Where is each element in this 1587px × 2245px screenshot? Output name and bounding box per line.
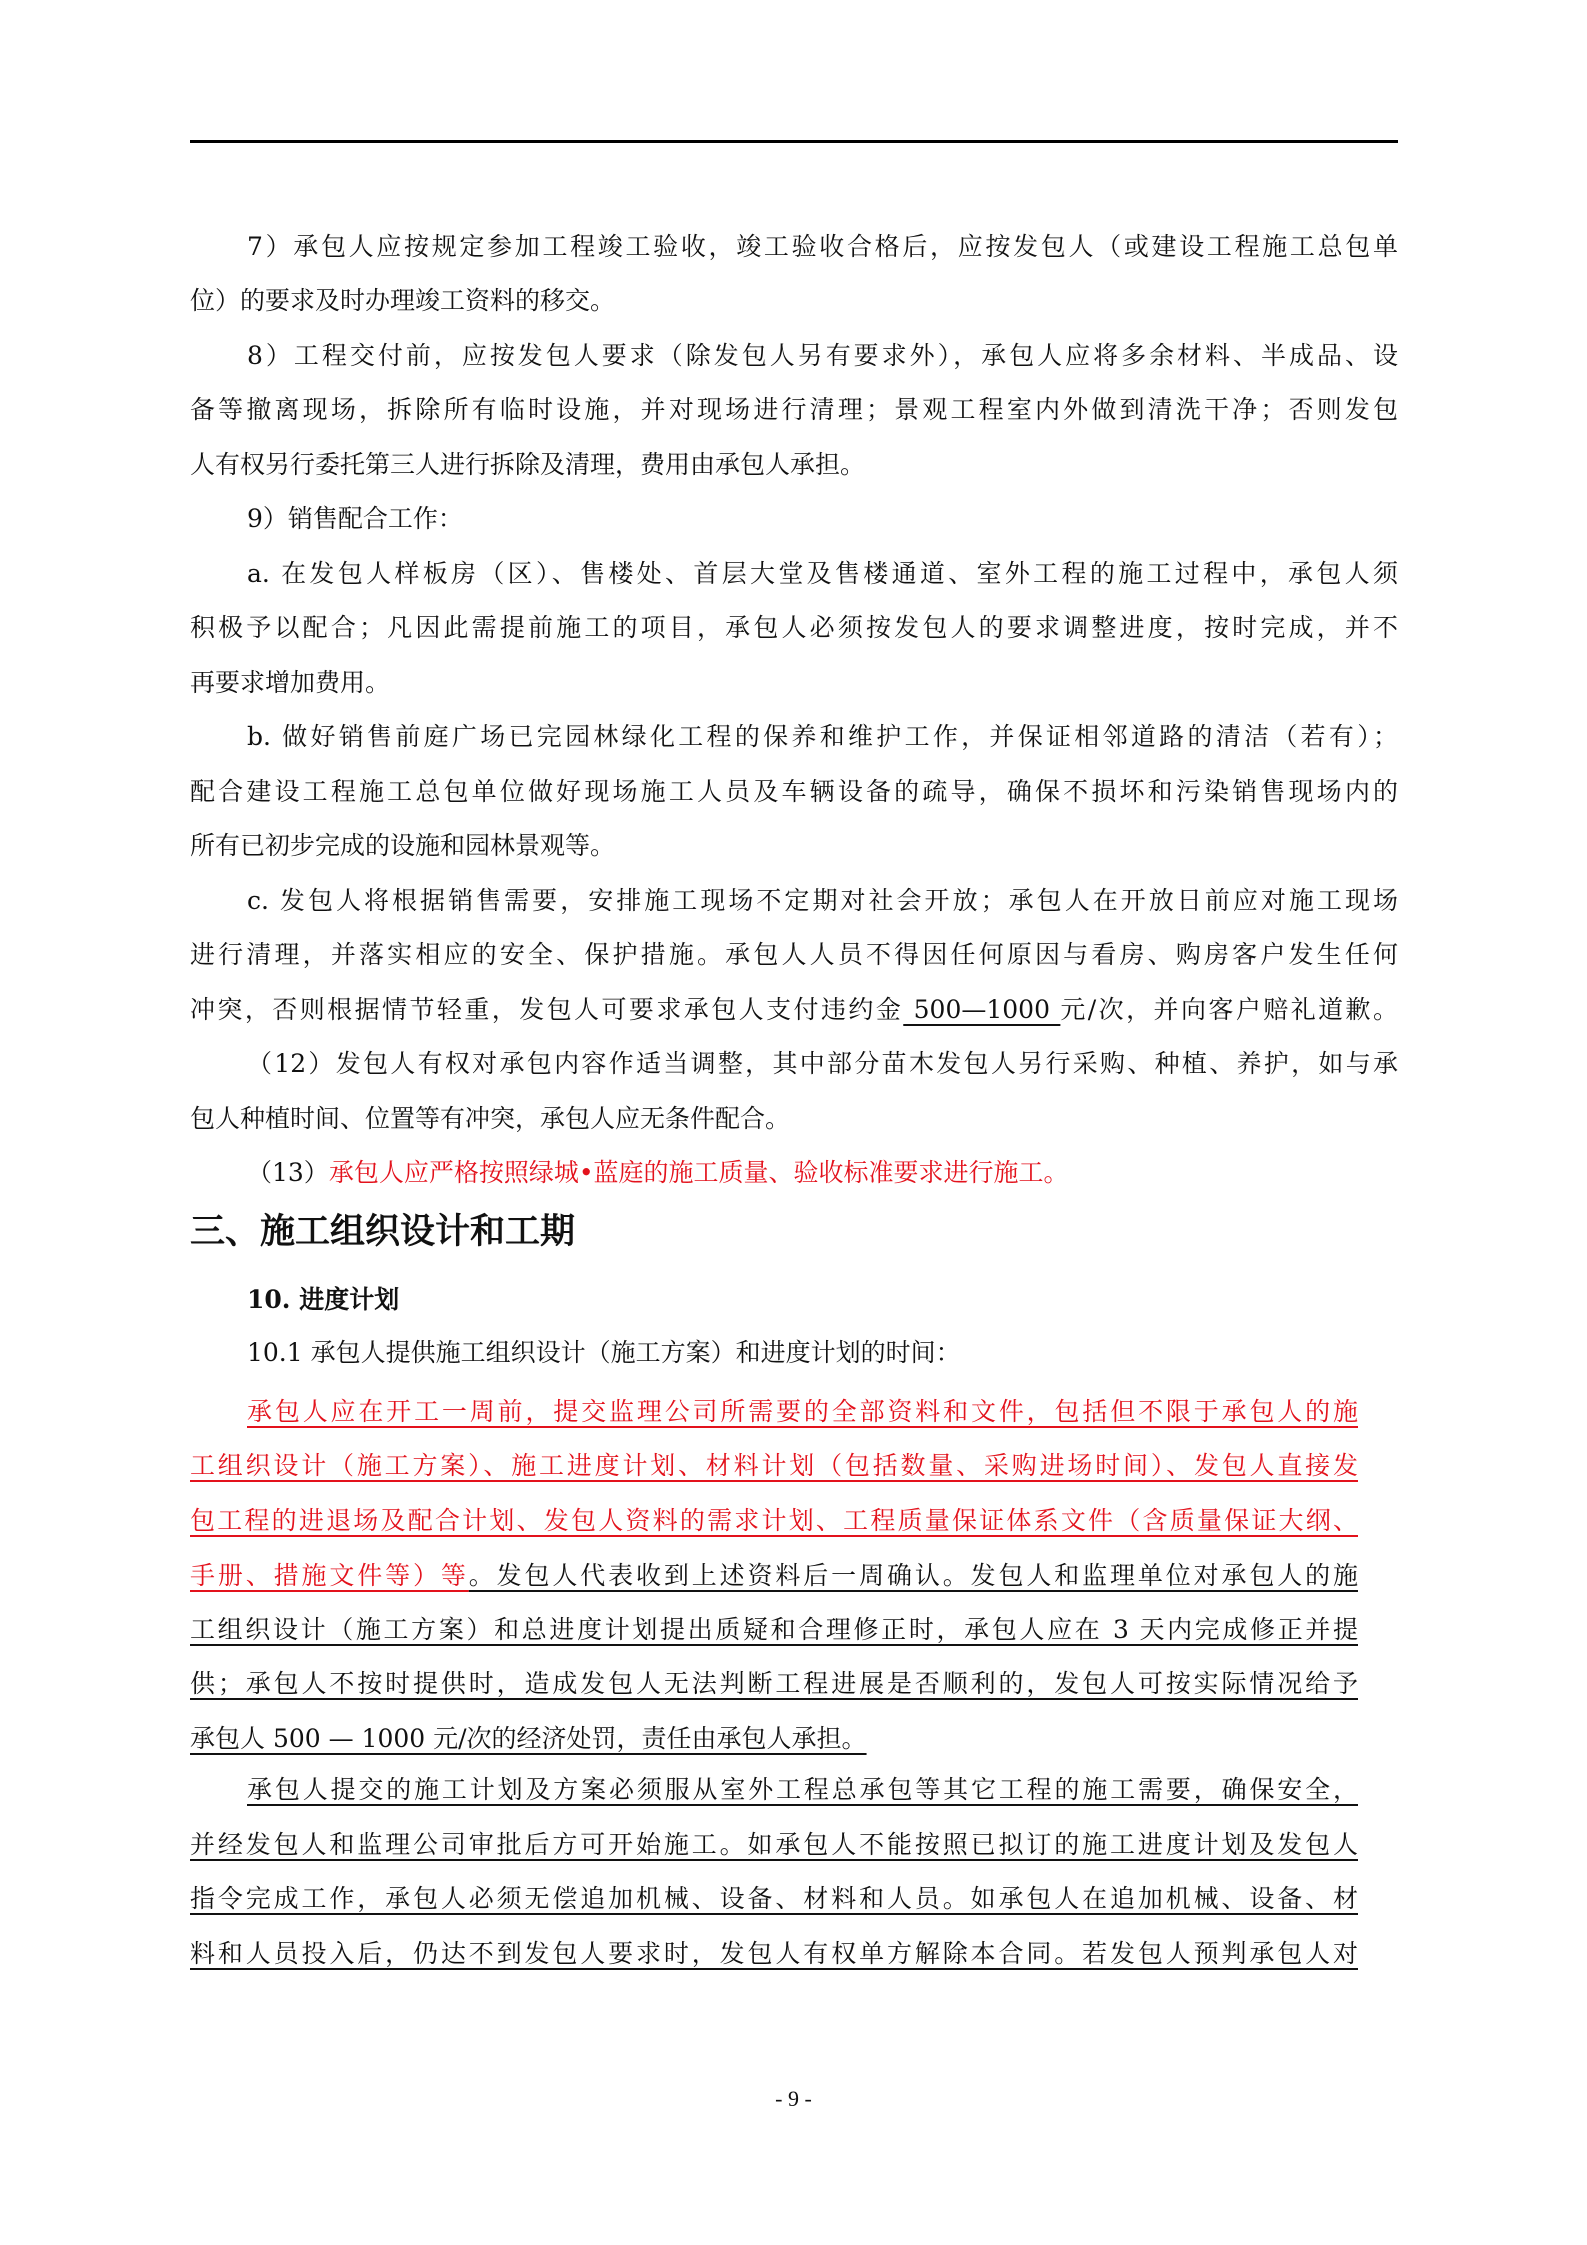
underlined-line: 承包人应在开工一周前，提交监理公司所需要的全部资料和文件，包括但不限于承包人的施 bbox=[190, 1392, 1358, 1432]
paragraph-line: c. 发包人将根据销售需要，安排施工现场不定期对社会开放；承包人在开放日前应对施… bbox=[190, 881, 1398, 921]
paragraph-line: 8）工程交付前，应按发包人要求（除发包人另有要求外），承包人应将多余材料、半成品… bbox=[190, 336, 1398, 376]
paragraph-line: 7）承包人应按规定参加工程竣工验收，竣工验收合格后，应按发包人（或建设工程施工总… bbox=[190, 227, 1398, 267]
item-number: （13） bbox=[247, 1158, 329, 1187]
paragraph-line: a. 在发包人样板房（区）、售楼处、首层大堂及售楼通道、室外工程的施工过程中，承… bbox=[190, 554, 1398, 594]
clause-title: 10.1 承包人提供施工组织设计（施工方案）和进度计划的时间： bbox=[190, 1333, 961, 1373]
underlined-text: 承包人提交的施工计划及方案必须服从室外工程总承包等其它工程的施工需要，确保安全， bbox=[247, 1775, 1358, 1804]
underlined-line: 手册、措施文件等）等。发包人代表收到上述资料后一周确认。发包人和监理单位对承包人… bbox=[190, 1556, 1358, 1596]
paragraph-line: b. 做好销售前庭广场已完园林绿化工程的保养和维护工作，并保证相邻道路的清洁（若… bbox=[190, 717, 1398, 757]
paragraph-line: 包人种植时间、位置等有冲突，承包人应无条件配合。 bbox=[190, 1099, 790, 1139]
red-underlined-text: 包工程的进退场及配合计划、发包人资料的需求计划、工程质量保证体系文件（含质量保证… bbox=[190, 1506, 1358, 1535]
section-title: 三、施工组织设计和工期 bbox=[190, 1208, 575, 1256]
underlined-line: 供；承包人不按时提供时，造成发包人无法判断工程进展是否顺利的，发包人可按实际情况… bbox=[190, 1664, 1358, 1704]
penalty-amount: 500—1000 bbox=[903, 995, 1060, 1024]
underlined-line: 承包人提交的施工计划及方案必须服从室外工程总承包等其它工程的施工需要，确保安全， bbox=[190, 1770, 1358, 1810]
penalty-text-post: 元/次，并向客户赔礼道歉。 bbox=[1060, 995, 1398, 1024]
red-underlined-text: 工组织设计（施工方案）、施工进度计划、材料计划（包括数量、采购进场时间）、发包人… bbox=[190, 1451, 1358, 1480]
paragraph-line: 积极予以配合；凡因此需提前施工的项目，承包人必须按发包人的要求调整进度，按时完成… bbox=[190, 608, 1398, 648]
paragraph-line: 9）销售配合工作： bbox=[190, 499, 463, 539]
paragraph-line: 所有已初步完成的设施和园林景观等。 bbox=[190, 826, 615, 866]
underlined-text: 。发包人代表收到上述资料后一周确认。发包人和监理单位对承包人的施 bbox=[469, 1561, 1358, 1590]
paragraph-line: 配合建设工程施工总包单位做好现场施工人员及车辆设备的疏导，确保不损坏和污染销售现… bbox=[190, 772, 1398, 812]
page-number: - 9 - bbox=[0, 2086, 1587, 2112]
underlined-line: 包工程的进退场及配合计划、发包人资料的需求计划、工程质量保证体系文件（含质量保证… bbox=[190, 1501, 1358, 1541]
red-underlined-text: 承包人应在开工一周前，提交监理公司所需要的全部资料和文件，包括但不限于承包人的施 bbox=[247, 1397, 1358, 1426]
subheading: 10. 进度计划 bbox=[190, 1280, 399, 1320]
header-rule bbox=[190, 140, 1398, 143]
red-emphasis-text: 承包人应严格按照绿城•蓝庭的施工质量、验收标准要求进行施工。 bbox=[329, 1158, 1069, 1187]
paragraph-line: 再要求增加费用。 bbox=[190, 663, 390, 703]
underlined-line: 工组织设计（施工方案）和总进度计划提出质疑和合理修正时，承包人应在 3 天内完成… bbox=[190, 1610, 1358, 1650]
red-underlined-text: 手册、措施文件等）等 bbox=[190, 1561, 469, 1590]
paragraph-line-13: （13）承包人应严格按照绿城•蓝庭的施工质量、验收标准要求进行施工。 bbox=[190, 1153, 1069, 1193]
paragraph-line: 人有权另行委托第三人进行拆除及清理，费用由承包人承担。 bbox=[190, 445, 865, 485]
underlined-line: 承包人 500 — 1000 元/次的经济处罚，责任由承包人承担。 bbox=[190, 1719, 867, 1759]
paragraph-line: 备等撤离现场，拆除所有临时设施，并对现场进行清理；景观工程室内外做到清洗干净；否… bbox=[190, 390, 1398, 430]
paragraph-line: （12）发包人有权对承包内容作适当调整，其中部分苗木发包人另行采购、种植、养护，… bbox=[190, 1044, 1398, 1084]
underlined-line: 工组织设计（施工方案）、施工进度计划、材料计划（包括数量、采购进场时间）、发包人… bbox=[190, 1446, 1358, 1486]
underlined-line: 料和人员投入后，仍达不到发包人要求时，发包人有权单方解除本合同。若发包人预判承包… bbox=[190, 1934, 1358, 1974]
penalty-text-pre: 冲突，否则根据情节轻重，发包人可要求承包人支付违约金 bbox=[190, 995, 903, 1024]
underlined-line: 指令完成工作，承包人必须无偿追加机械、设备、材料和人员。如承包人在追加机械、设备… bbox=[190, 1879, 1358, 1919]
underlined-line: 并经发包人和监理公司审批后方可开始施工。如承包人不能按照已拟订的施工进度计划及发… bbox=[190, 1825, 1358, 1865]
paragraph-line: 进行清理，并落实相应的安全、保护措施。承包人人员不得因任何原因与看房、购房客户发… bbox=[190, 935, 1398, 975]
paragraph-line-penalty: 冲突，否则根据情节轻重，发包人可要求承包人支付违约金 500—1000 元/次，… bbox=[190, 990, 1398, 1030]
paragraph-line: 位）的要求及时办理竣工资料的移交。 bbox=[190, 281, 615, 321]
